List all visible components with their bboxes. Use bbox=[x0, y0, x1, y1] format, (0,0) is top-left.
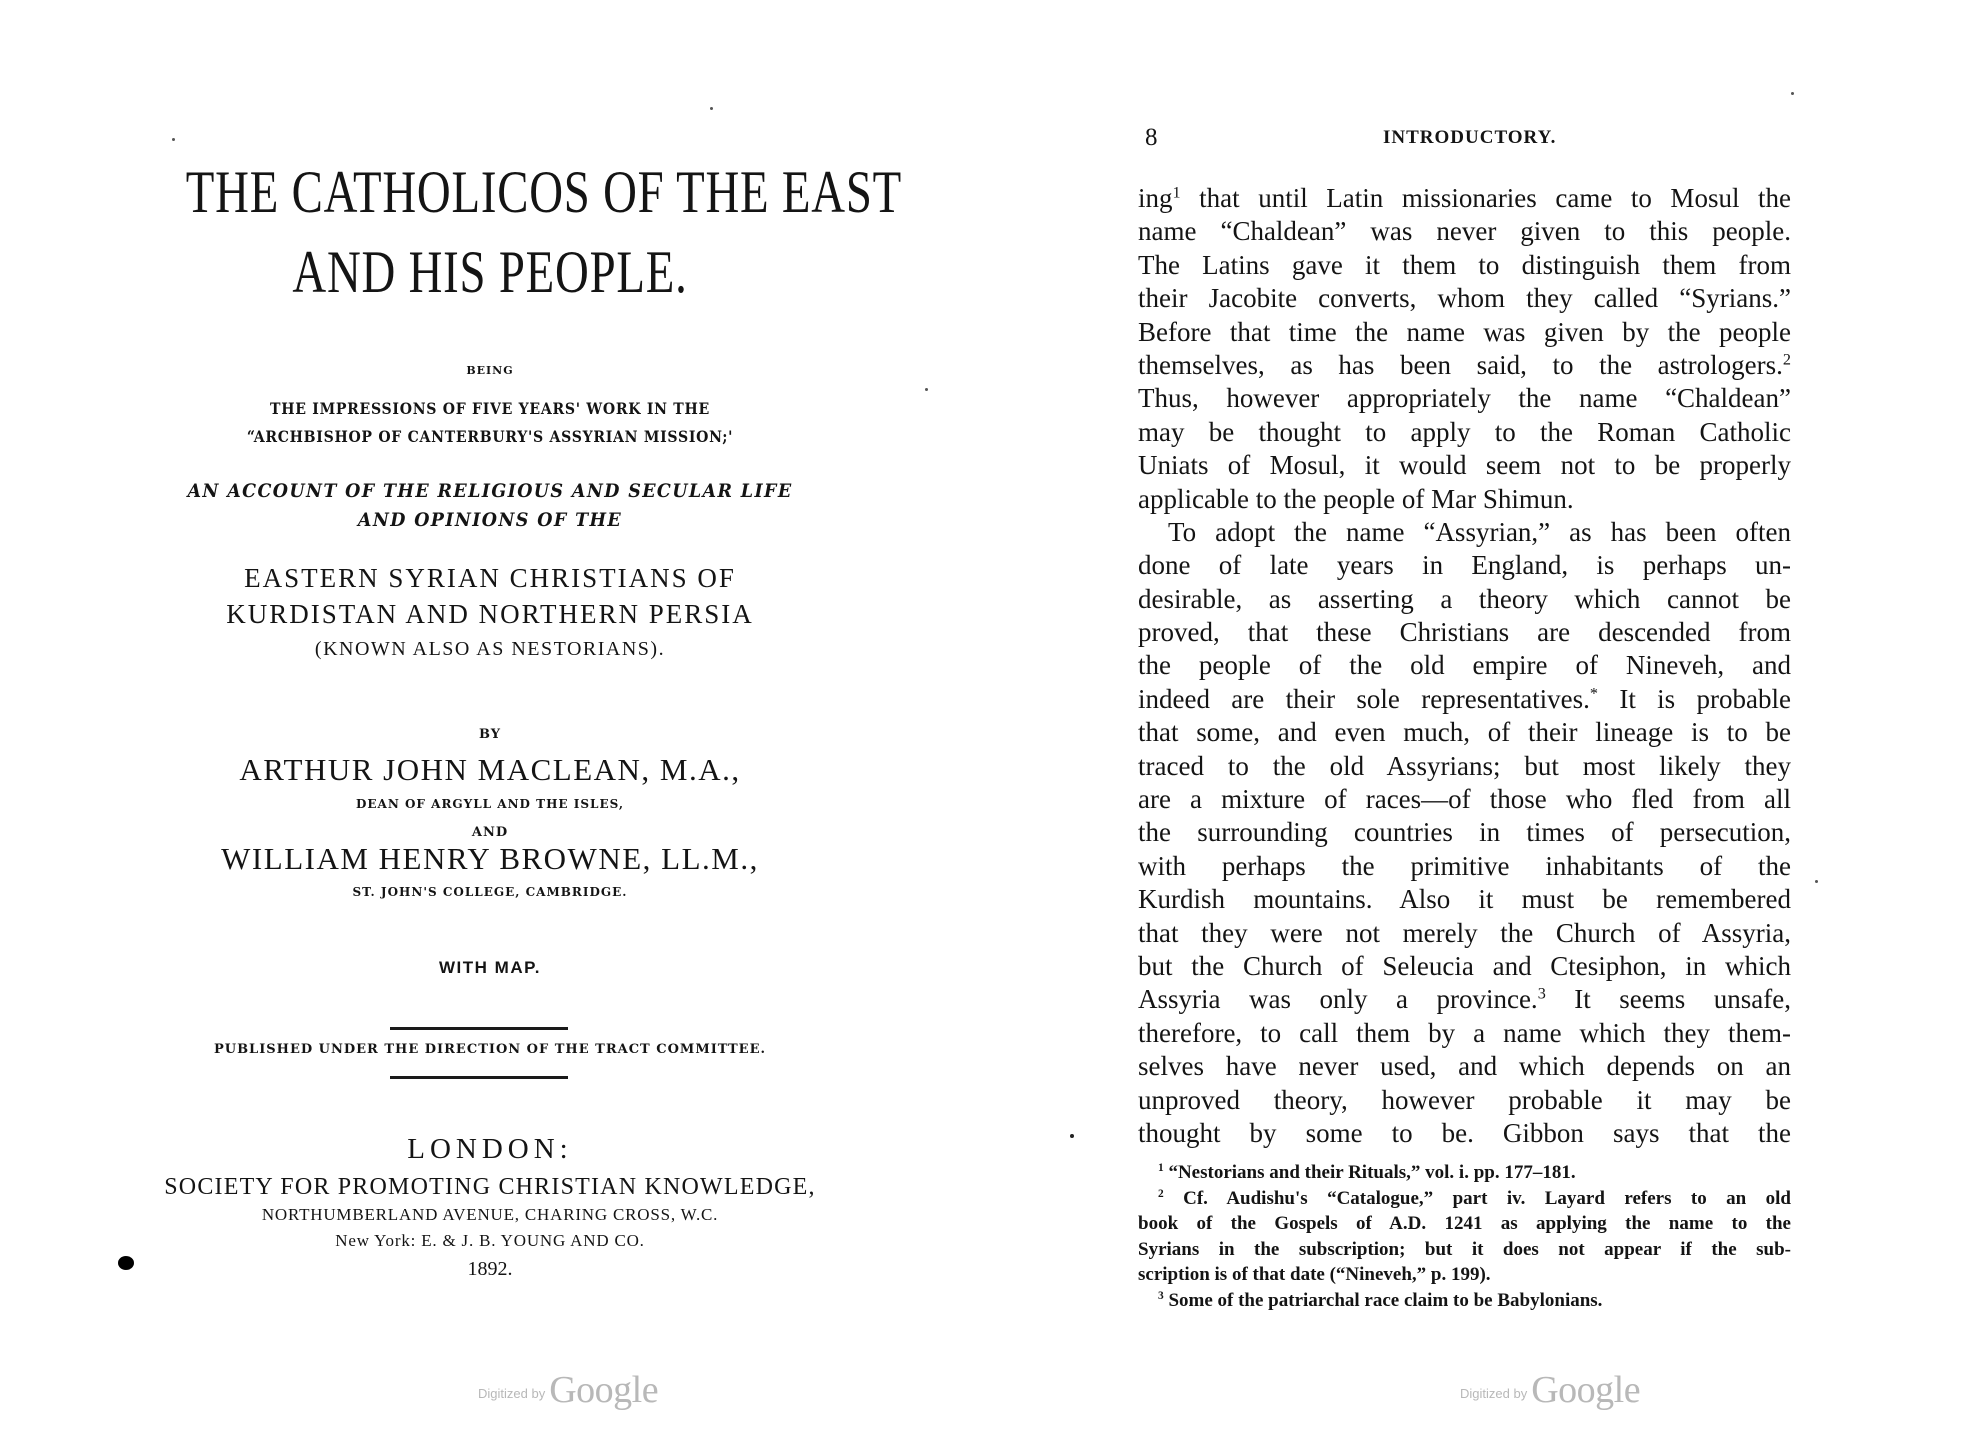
body-line: the surrounding countries in times of pe… bbox=[1138, 816, 1791, 849]
google-watermark-right: Digitized by Google bbox=[1460, 1368, 1640, 1412]
title-page: THE CATHOLICOS OF THE EAST AND HIS PEOPL… bbox=[100, 0, 880, 1442]
text-page: 8 INTRODUCTORY. ing1 that until Latin mi… bbox=[1100, 0, 1860, 1442]
body-line: unproved theory, however probable it may… bbox=[1138, 1084, 1791, 1117]
scan-speck bbox=[710, 107, 713, 110]
page-number: 8 bbox=[1145, 124, 1158, 152]
ink-blot bbox=[118, 1256, 134, 1270]
footnote-line: 2 Cf. Audishu's “Catalogue,” part iv. La… bbox=[1138, 1186, 1791, 1212]
with-map-label: WITH MAP. bbox=[100, 958, 880, 978]
impressions-line-1: THE IMPRESSIONS OF FIVE YEARS' WORK IN T… bbox=[147, 399, 833, 418]
divider-rule-top bbox=[390, 1027, 568, 1030]
body-text: ing1 that until Latin missionaries came … bbox=[1138, 182, 1791, 1150]
and-label: AND bbox=[100, 825, 880, 840]
imprint-year: 1892. bbox=[100, 1258, 880, 1281]
body-line: the people of the old empire of Nineveh,… bbox=[1138, 649, 1791, 682]
scan-speck bbox=[1815, 880, 1818, 883]
google-logo-text: Google bbox=[1531, 1369, 1640, 1411]
body-line: themselves, as has been said, to the ast… bbox=[1138, 349, 1791, 382]
author-2-title: ST. JOHN'S COLLEGE, CAMBRIDGE. bbox=[100, 885, 880, 899]
body-line: their Jacobite converts, whom they calle… bbox=[1138, 282, 1791, 315]
body-line: The Latins gave it them to distinguish t… bbox=[1138, 249, 1791, 282]
body-line: Thus, however appropriately the name “Ch… bbox=[1138, 382, 1791, 415]
scan-speck bbox=[1070, 1134, 1074, 1138]
imprint-city: LONDON: bbox=[100, 1133, 880, 1166]
footnote-marker: 3 bbox=[1538, 985, 1546, 1003]
scan-speck bbox=[172, 138, 175, 141]
footnote-marker: 1 bbox=[1173, 183, 1181, 201]
body-line: desirable, as asserting a theory which c… bbox=[1138, 583, 1791, 616]
author-1-name: ARTHUR JOHN MACLEAN, M.A., bbox=[100, 752, 880, 788]
scan-speck bbox=[1791, 92, 1794, 95]
impressions-line-2: “ARCHBISHOP OF CANTERBURY'S ASSYRIAN MIS… bbox=[147, 427, 833, 446]
body-line: ing1 that until Latin missionaries came … bbox=[1138, 182, 1791, 215]
subject-line-1: EASTERN SYRIAN CHRISTIANS OF bbox=[100, 563, 880, 594]
watermark-prefix: Digitized by bbox=[1460, 1386, 1527, 1401]
footnotes: 1 “Nestorians and their Rituals,” vol. i… bbox=[1138, 1160, 1791, 1314]
imprint-new-york: New York: E. & J. B. YOUNG AND CO. bbox=[100, 1231, 880, 1251]
by-label: BY bbox=[100, 727, 880, 742]
watermark-prefix: Digitized by bbox=[478, 1386, 545, 1401]
published-under-line: PUBLISHED UNDER THE DIRECTION OF THE TRA… bbox=[100, 1042, 880, 1057]
body-line: applicable to the people of Mar Shimun. bbox=[1138, 483, 1791, 516]
body-line: indeed are their sole representatives.* … bbox=[1138, 683, 1791, 716]
subject-line-2: KURDISTAN AND NORTHERN PERSIA bbox=[100, 599, 880, 630]
footnote-line: scription is of that date (“Nineveh,” p.… bbox=[1138, 1262, 1791, 1288]
book-title-line-2: AND HIS PEOPLE. bbox=[186, 238, 794, 307]
body-line: thought by some to be. Gibbon says that … bbox=[1138, 1117, 1791, 1150]
author-2-name: WILLIAM HENRY BROWNE, LL.M., bbox=[100, 841, 880, 877]
body-line: To adopt the name “Assyrian,” as has bee… bbox=[1138, 516, 1791, 549]
running-head: INTRODUCTORY. bbox=[1383, 127, 1556, 149]
account-line-2: AND OPINIONS OF THE bbox=[131, 509, 849, 531]
account-line-1: AN ACCOUNT OF THE RELIGIOUS AND SECULAR … bbox=[131, 480, 849, 502]
body-line: Uniats of Mosul, it would seem not to be… bbox=[1138, 449, 1791, 482]
body-line: name “Chaldean” was never given to this … bbox=[1138, 215, 1791, 248]
footnote-line: 1 “Nestorians and their Rituals,” vol. i… bbox=[1138, 1160, 1791, 1186]
imprint-publisher: SOCIETY FOR PROMOTING CHRISTIAN KNOWLEDG… bbox=[100, 1174, 880, 1201]
imprint-address: NORTHUMBERLAND AVENUE, CHARING CROSS, W.… bbox=[100, 1205, 880, 1225]
author-1-title: DEAN OF ARGYLL AND THE ISLES, bbox=[100, 797, 880, 811]
footnote-marker: 1 bbox=[1158, 1162, 1164, 1174]
google-logo-text: Google bbox=[549, 1369, 658, 1411]
body-line: are a mixture of races—of those who fled… bbox=[1138, 783, 1791, 816]
body-line: Kurdish mountains. Also it must be remem… bbox=[1138, 883, 1791, 916]
body-line: proved, that these Christians are descen… bbox=[1138, 616, 1791, 649]
body-line: done of late years in England, is perhap… bbox=[1138, 549, 1791, 582]
body-line: Before that time the name was given by t… bbox=[1138, 316, 1791, 349]
body-line: therefore, to call them by a name which … bbox=[1138, 1017, 1791, 1050]
book-title-line-1: THE CATHOLICOS OF THE EAST bbox=[186, 158, 794, 227]
footnote-marker: 3 bbox=[1158, 1290, 1164, 1302]
body-line: traced to the old Assyrians; but most li… bbox=[1138, 750, 1791, 783]
footnote-line: Syrians in the subscription; but it does… bbox=[1138, 1237, 1791, 1263]
body-line: that they were not merely the Church of … bbox=[1138, 917, 1791, 950]
body-line: Assyria was only a province.3 It seems u… bbox=[1138, 983, 1791, 1016]
subject-line-3: (KNOWN ALSO AS NESTORIANS). bbox=[100, 638, 880, 661]
being-label: BEING bbox=[100, 364, 880, 377]
divider-rule-bottom bbox=[390, 1076, 568, 1079]
scan-speck bbox=[925, 388, 928, 391]
body-line: may be thought to apply to the Roman Cat… bbox=[1138, 416, 1791, 449]
body-line: with perhaps the primitive inhabitants o… bbox=[1138, 850, 1791, 883]
footnote-marker: * bbox=[1590, 684, 1598, 702]
body-line: that some, and even much, of their linea… bbox=[1138, 716, 1791, 749]
body-line: but the Church of Seleucia and Ctesiphon… bbox=[1138, 950, 1791, 983]
footnote-line: 3 Some of the patriarchal race claim to … bbox=[1138, 1288, 1791, 1314]
footnote-line: book of the Gospels of A.D. 1241 as appl… bbox=[1138, 1211, 1791, 1237]
body-line: selves have never used, and which depend… bbox=[1138, 1050, 1791, 1083]
footnote-marker: 2 bbox=[1158, 1188, 1164, 1200]
footnote-marker: 2 bbox=[1783, 350, 1791, 368]
google-watermark-left: Digitized by Google bbox=[478, 1368, 658, 1412]
